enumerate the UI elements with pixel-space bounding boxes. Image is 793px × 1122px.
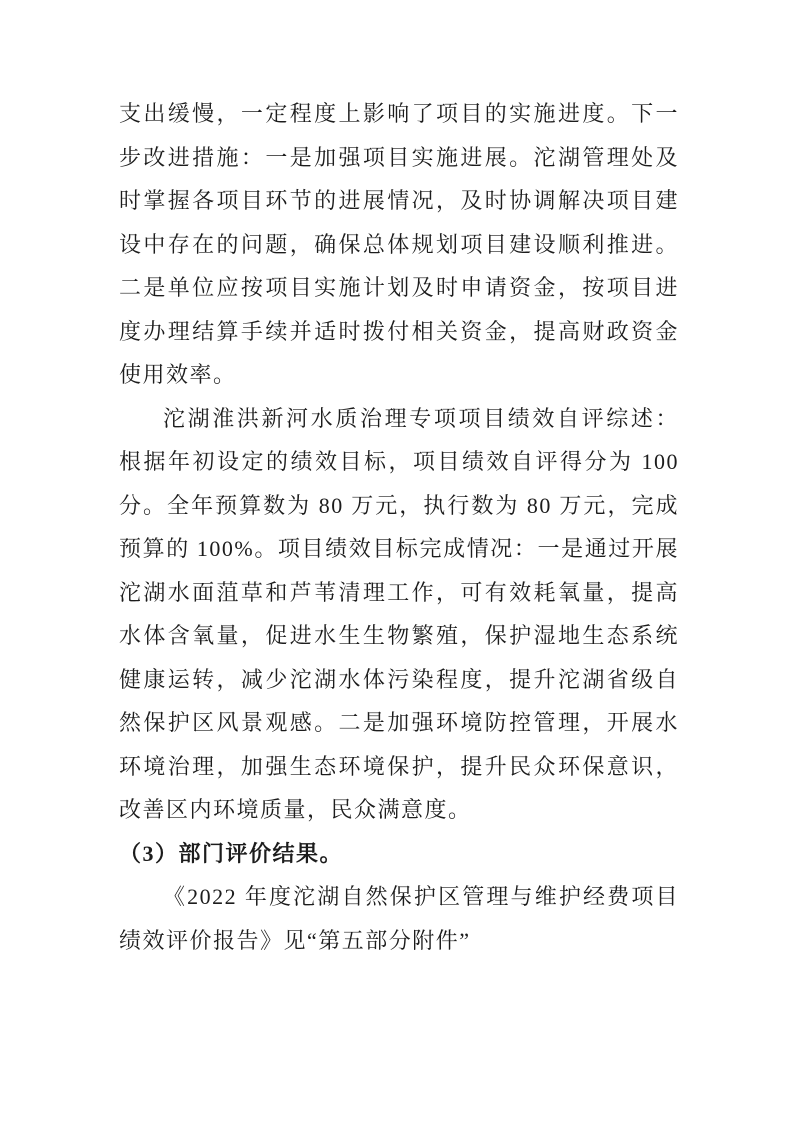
paragraph-self-evaluation-summary: 沱湖淮洪新河水质治理专项项目绩效自评综述：根据年初设定的绩效目标，项目绩效自评得… <box>119 397 679 832</box>
section-heading-department-evaluation-result: （3）部门评价结果。 <box>119 832 679 876</box>
document-page: 支出缓慢，一定程度上影响了项目的实施进度。下一步改进措施：一是加强项目实施进展。… <box>0 0 793 1122</box>
paragraph-improvement-measures: 支出缓慢，一定程度上影响了项目的实施进度。下一步改进措施：一是加强项目实施进展。… <box>119 92 679 397</box>
paragraph-report-reference: 《2022 年度沱湖自然保护区管理与维护经费项目绩效评价报告》见“第五部分附件” <box>119 875 679 962</box>
